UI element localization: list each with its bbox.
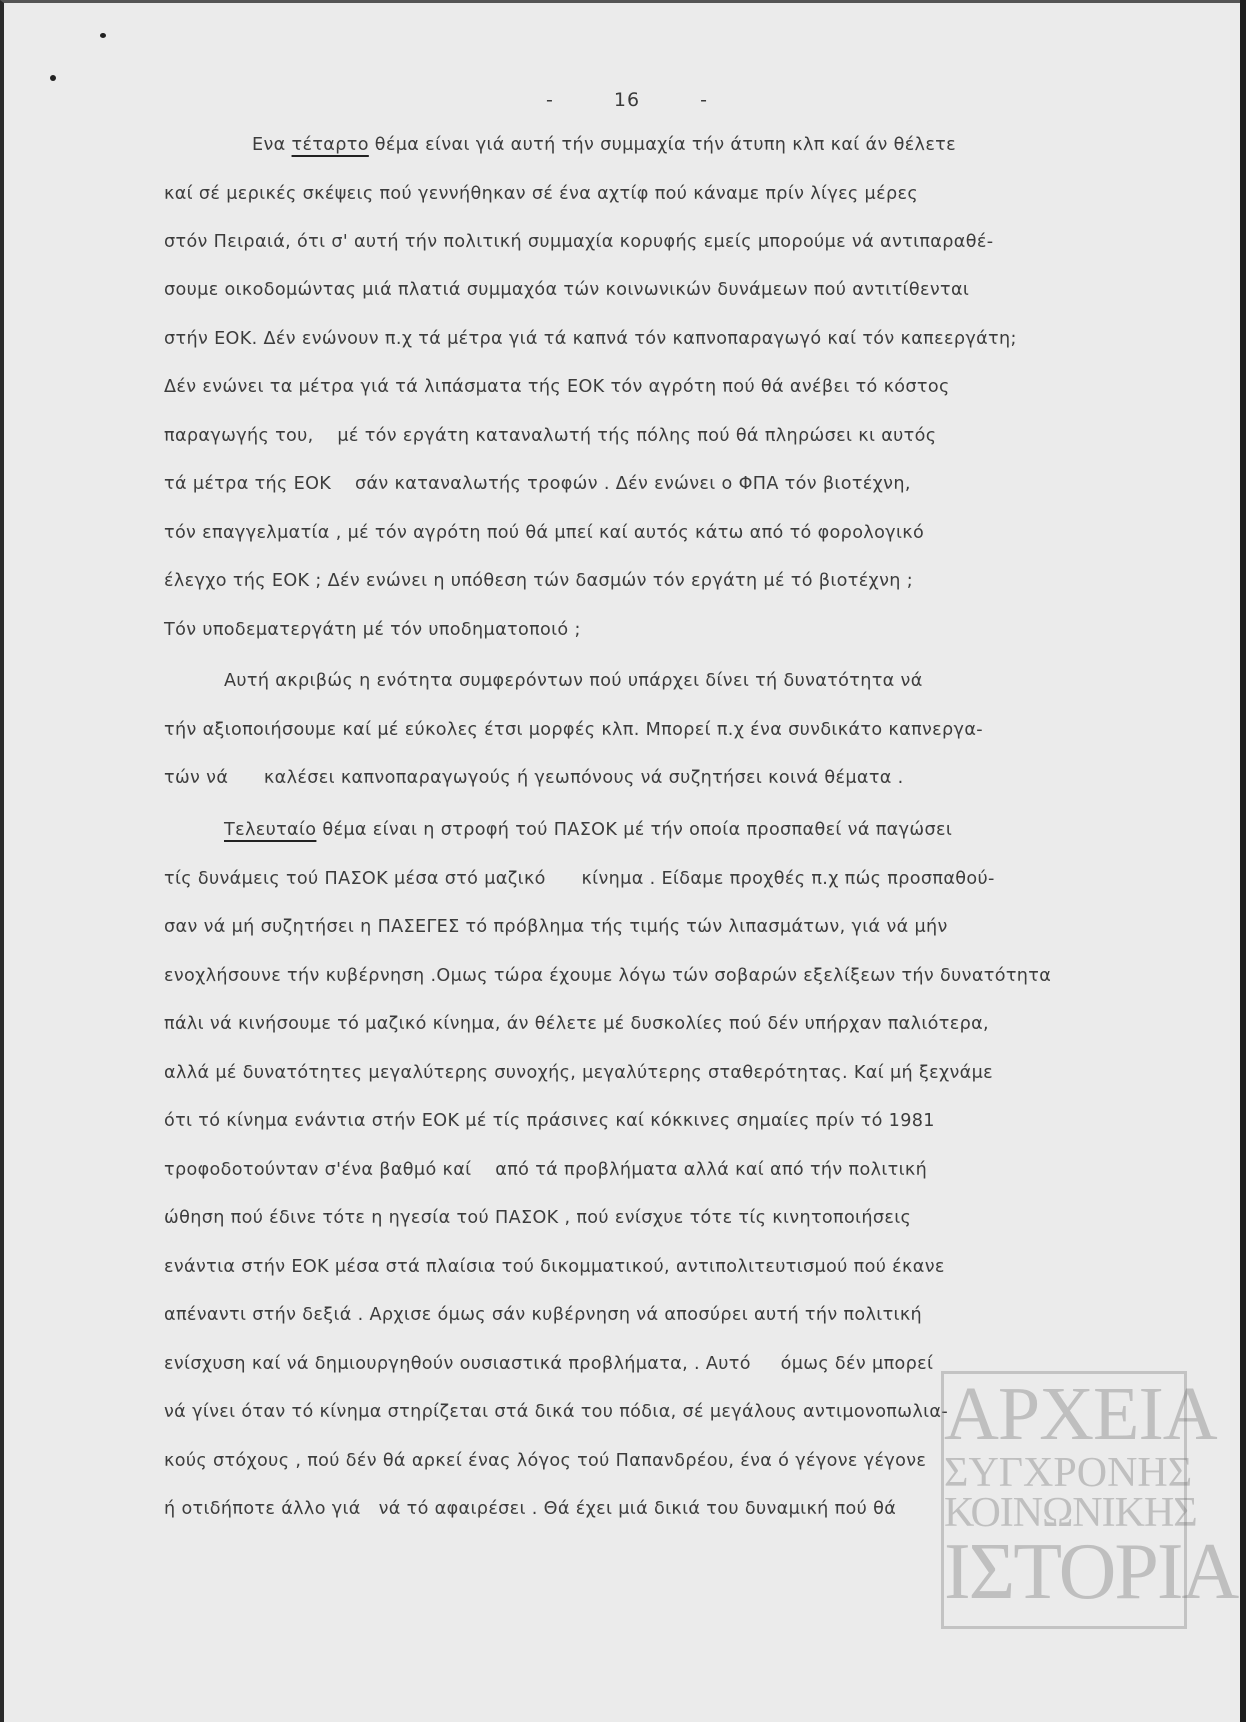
text-line: Δέν ενώνει τα μέτρα γιά τά λιπάσματα τής…	[164, 377, 950, 397]
text-segment: τροφοδοτούνταν σ'ένα βαθμό καί από τά πρ…	[164, 1160, 927, 1180]
text-line: τήν αξιοποιήσουμε καί μέ εύκολες έτσι μο…	[164, 720, 983, 740]
text-segment: ενοχλήσουνε τήν κυβέρνηση .Ομως τώρα έχο…	[164, 966, 1051, 986]
text-segment: Αυτή ακριβώς η ενότητα συμφερόντων πού υ…	[224, 671, 923, 691]
text-segment: τόν επαγγελματία , μέ τόν αγρότη πού θά …	[164, 523, 924, 543]
text-line: νά γίνει όταν τό κίνημα στηρίζεται στά δ…	[164, 1402, 948, 1422]
watermark-line-2: ΣΥΓΧΡΟΝΗΣ	[944, 1452, 1184, 1494]
page-number-left-dash: -	[510, 89, 590, 111]
watermark-line-4: ΙΣΤΟΡΙΑΣ	[944, 1532, 1184, 1612]
text-line: ενοχλήσουνε τήν κυβέρνηση .Ομως τώρα έχο…	[164, 966, 1051, 986]
text-line: αλλά μέ δυνατότητες μεγαλύτερης συνοχής,…	[164, 1063, 993, 1083]
page-number-value: 16	[597, 89, 657, 111]
text-line: σαν νά μή συζητήσει η ΠΑΣΕΓΕΣ τό πρόβλημ…	[164, 917, 948, 937]
text-line: Τελευταίο θέμα είναι η στροφή τού ΠΑΣΟΚ …	[224, 820, 952, 840]
text-line: στήν ΕΟΚ. Δέν ενώνουν π.χ τά μέτρα γιά τ…	[164, 329, 1017, 349]
page-number-right-dash: -	[664, 89, 744, 111]
text-segment: αλλά μέ δυνατότητες μεγαλύτερης συνοχής,…	[164, 1063, 993, 1083]
text-segment: ή οτιδήποτε άλλο γιά νά τό αφαιρέσει . Θ…	[164, 1499, 896, 1519]
text-segment: στήν ΕΟΚ. Δέν ενώνουν π.χ τά μέτρα γιά τ…	[164, 329, 1017, 349]
text-line: τών νά καλέσει καπνοπαραγωγούς ή γεωπόνο…	[164, 768, 904, 788]
text-line: παραγωγής του, μέ τόν εργάτη καταναλωτή …	[164, 426, 936, 446]
text-line: κούς στόχους , πού δέν θά αρκεί ένας λόγ…	[164, 1451, 926, 1471]
text-line: τόν επαγγελματία , μέ τόν αγρότη πού θά …	[164, 523, 924, 543]
text-line: έλεγχο τής ΕΟΚ ; Δέν ενώνει η υπόθεση τώ…	[164, 571, 913, 591]
text-segment: τίς δυνάμεις τού ΠΑΣΟΚ μέσα στό μαζικό κ…	[164, 869, 995, 889]
text-line: ενάντια στήν ΕΟΚ μέσα στά πλαίσια τού δι…	[164, 1257, 945, 1277]
text-line: ενίσχυση καί νά δημιουργηθούν ουσιαστικά…	[164, 1354, 933, 1374]
text-segment: νά γίνει όταν τό κίνημα στηρίζεται στά δ…	[164, 1402, 948, 1422]
text-segment: τά μέτρα τής ΕΟΚ σάν καταναλωτής τροφών …	[164, 474, 911, 494]
text-segment: σουμε οικοδομώντας μιά πλατιά συμμαχόα τ…	[164, 280, 969, 300]
text-line: στόν Πειραιά, ότι σ' αυτή τήν πολιτική σ…	[164, 232, 993, 252]
watermark-line-3: ΚΟΙΝΩΝΙΚΗΣ	[944, 1492, 1184, 1534]
text-line: σουμε οικοδομώντας μιά πλατιά συμμαχόα τ…	[164, 280, 969, 300]
text-line: Τόν υποδεματεργάτη μέ τόν υποδηματοποιό …	[164, 620, 581, 640]
text-line: τίς δυνάμεις τού ΠΑΣΟΚ μέσα στό μαζικό κ…	[164, 869, 995, 889]
text-segment: σαν νά μή συζητήσει η ΠΑΣΕΓΕΣ τό πρόβλημ…	[164, 917, 948, 937]
text-segment: απέναντι στήν δεξιά . Αρχισε όμως σάν κυ…	[164, 1305, 922, 1325]
page-right-edge	[1240, 0, 1246, 1722]
text-segment: θέμα είναι η στροφή τού ΠΑΣΟΚ μέ τήν οπο…	[316, 820, 952, 840]
text-segment: Τόν υποδεματεργάτη μέ τόν υποδηματοποιό …	[164, 620, 581, 640]
text-line: ώθηση πού έδινε τότε η ηγεσία τού ΠΑΣΟΚ …	[164, 1208, 911, 1228]
text-line: Αυτή ακριβώς η ενότητα συμφερόντων πού υ…	[224, 671, 923, 691]
text-line: Ενα τέταρτο θέμα είναι γιά αυτή τήν συμμ…	[252, 135, 956, 155]
text-segment: θέμα είναι γιά αυτή τήν συμμαχία τήν άτυ…	[369, 135, 956, 155]
text-segment: Δέν ενώνει τα μέτρα γιά τά λιπάσματα τής…	[164, 377, 950, 397]
text-segment: παραγωγής του, μέ τόν εργάτη καταναλωτή …	[164, 426, 936, 446]
text-segment: πάλι νά κινήσουμε τό μαζικό κίνημα, άν θ…	[164, 1014, 989, 1034]
underlined-phrase: Τελευταίο	[224, 820, 316, 840]
text-segment: ενάντια στήν ΕΟΚ μέσα στά πλαίσια τού δι…	[164, 1257, 945, 1277]
page-number: - 16 -	[4, 89, 1246, 111]
document-page: - 16 - Ενα τέταρτο θέμα είναι γιά αυτή τ…	[0, 0, 1240, 1722]
text-line: πάλι νά κινήσουμε τό μαζικό κίνημα, άν θ…	[164, 1014, 989, 1034]
text-segment: κούς στόχους , πού δέν θά αρκεί ένας λόγ…	[164, 1451, 926, 1471]
text-line: τροφοδοτούνταν σ'ένα βαθμό καί από τά πρ…	[164, 1160, 927, 1180]
text-segment: έλεγχο τής ΕΟΚ ; Δέν ενώνει η υπόθεση τώ…	[164, 571, 913, 591]
text-segment: ότι τό κίνημα ενάντια στήν ΕΟΚ μέ τίς πρ…	[164, 1111, 935, 1131]
text-segment: ώθηση πού έδινε τότε η ηγεσία τού ΠΑΣΟΚ …	[164, 1208, 911, 1228]
text-segment: Ενα	[252, 135, 292, 155]
text-segment: τήν αξιοποιήσουμε καί μέ εύκολες έτσι μο…	[164, 720, 983, 740]
scan-speck-1	[100, 33, 106, 38]
text-line: ότι τό κίνημα ενάντια στήν ΕΟΚ μέ τίς πρ…	[164, 1111, 935, 1131]
text-line: καί σέ μερικές σκέψεις πού γεννήθηκαν σέ…	[164, 184, 918, 204]
text-line: απέναντι στήν δεξιά . Αρχισε όμως σάν κυ…	[164, 1305, 922, 1325]
text-segment: καί σέ μερικές σκέψεις πού γεννήθηκαν σέ…	[164, 184, 918, 204]
text-segment: τών νά καλέσει καπνοπαραγωγούς ή γεωπόνο…	[164, 768, 904, 788]
text-segment: στόν Πειραιά, ότι σ' αυτή τήν πολιτική σ…	[164, 232, 993, 252]
underlined-phrase: τέταρτο	[292, 135, 369, 155]
text-line: ή οτιδήποτε άλλο γιά νά τό αφαιρέσει . Θ…	[164, 1499, 896, 1519]
text-segment: ενίσχυση καί νά δημιουργηθούν ουσιαστικά…	[164, 1354, 933, 1374]
scan-speck-2	[50, 75, 56, 81]
archive-watermark: ΑΡΧΕΙΑ ΣΥΓΧΡΟΝΗΣ ΚΟΙΝΩΝΙΚΗΣ ΙΣΤΟΡΙΑΣ	[941, 1371, 1187, 1629]
text-line: τά μέτρα τής ΕΟΚ σάν καταναλωτής τροφών …	[164, 474, 911, 494]
watermark-line-1: ΑΡΧΕΙΑ	[944, 1376, 1184, 1452]
